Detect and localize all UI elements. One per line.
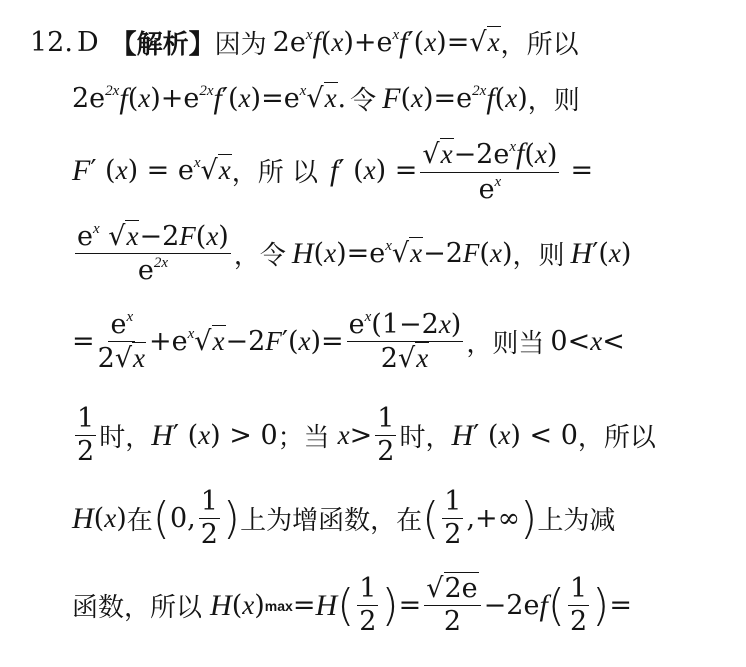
semicolon: ； (278, 417, 304, 454)
sqrt-x: √x (201, 155, 232, 186)
fraction-half: 12 (357, 575, 378, 637)
fraction: √2e 2 (424, 575, 480, 637)
text-when: 当 (304, 417, 330, 454)
text-so: 所以 (604, 417, 656, 454)
line-3: F′ (x) = ex √x ，所 以 f′ (x) = √x−2exf(x) … (72, 138, 593, 204)
comma: ， (234, 235, 260, 272)
fraction: ex 2√x (98, 310, 146, 374)
line-5: = ex 2√x +ex √x−2F′(x)= ex(1−2x) 2√x ，则当… (72, 310, 625, 374)
comma: ， (466, 323, 492, 360)
fraction-half: 12 (375, 405, 396, 467)
problem-number: 12. (30, 27, 73, 58)
analysis-label: 【解析】 (111, 24, 215, 61)
fraction: ex(1−2x) 2√x (347, 310, 464, 374)
comma: ， (512, 235, 538, 272)
text-then: 则 (492, 323, 518, 360)
text-then: 则 (539, 235, 565, 272)
fraction-half: 12 (199, 488, 220, 550)
text-so: 所 以 (258, 152, 318, 189)
comma: ， (501, 24, 527, 61)
line-7: H(x) 在 (0, 12 ) 上为增函数，在 ( 12 ,+∞) 上为减 (72, 488, 615, 550)
subscript-max: max (265, 598, 293, 614)
line-6: 12 时， H′ (x) > 0 ；当 x> 12 时， H′ (x) < 0 … (72, 405, 656, 467)
fraction-half: 12 (75, 405, 96, 467)
line-2: 2e2xf(x)+e2xf′(x)=ex √x. 令 F(x)=e2xf(x) … (72, 80, 580, 117)
text-on: 在 (396, 500, 422, 537)
text-time: 时 (399, 417, 425, 454)
comma: ， (232, 152, 258, 189)
text-so: 所以 (150, 587, 202, 624)
text-then: 则 (554, 80, 580, 117)
text-let: 令 (350, 80, 376, 117)
comma: ， (425, 417, 451, 454)
text-function: 函数 (72, 587, 124, 624)
text-on: 在 (127, 500, 153, 537)
problem-answer: D (77, 27, 99, 58)
sqrt-x: √x (306, 83, 337, 114)
comma: ， (370, 500, 396, 537)
comma: ， (125, 417, 151, 454)
line-1: 12. D 【解析】 因为 2exf(x)+exf′(x)= √x ，所以 (30, 24, 579, 61)
comma: ， (578, 417, 604, 454)
comma: ， (124, 587, 150, 624)
fraction-half: 12 (568, 575, 589, 637)
text-decreasing: 上为减 (537, 500, 615, 537)
comma: ， (528, 80, 554, 117)
fraction-half: 12 (442, 488, 463, 550)
fraction: ex √x−2F(x) e2x (75, 222, 231, 286)
fraction: √x−2exf(x) ex (420, 138, 559, 204)
text-when: 当 (518, 323, 544, 360)
text-increasing: 上为增函数 (240, 500, 370, 537)
line-8: 函数，所以 H(x)max =H ( 12 )= √2e 2 −2ef ( 12… (72, 575, 632, 637)
text-because: 因为 (215, 24, 267, 61)
text-let: 令 (260, 235, 286, 272)
text-so: 所以 (527, 24, 579, 61)
text-time: 时 (99, 417, 125, 454)
line-4: ex √x−2F(x) e2x ，令 H(x)=ex √x−2F(x) ，则 H… (72, 222, 631, 286)
sqrt-x: √x (469, 27, 500, 58)
